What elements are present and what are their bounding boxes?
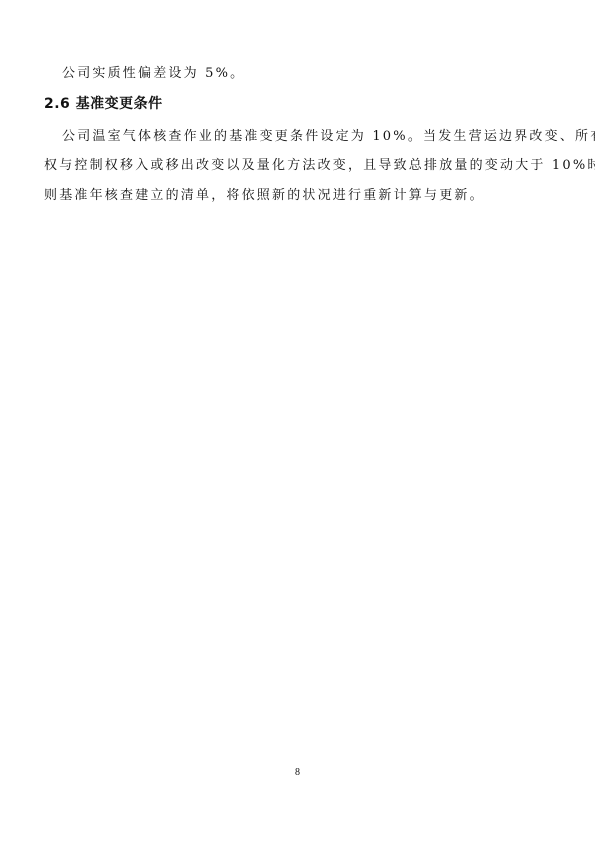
paragraph-line-1: 公司温室气体核查作业的基准变更条件设定为 10%。当发生营运边界改变、所有 bbox=[62, 125, 595, 144]
section-heading: 2.6 基准变更条件 bbox=[44, 93, 163, 113]
page-number: 8 bbox=[0, 767, 595, 778]
paragraph-line-3: 则基准年核查建立的清单，将依照新的状况进行重新计算与更新。 bbox=[44, 184, 485, 203]
paragraph-line-2: 权与控制权移入或移出改变以及量化方法改变，且导致总排放量的变动大于 10%时， bbox=[44, 154, 595, 173]
previous-paragraph-tail: 公司实质性偏差设为 5%。 bbox=[62, 62, 245, 81]
